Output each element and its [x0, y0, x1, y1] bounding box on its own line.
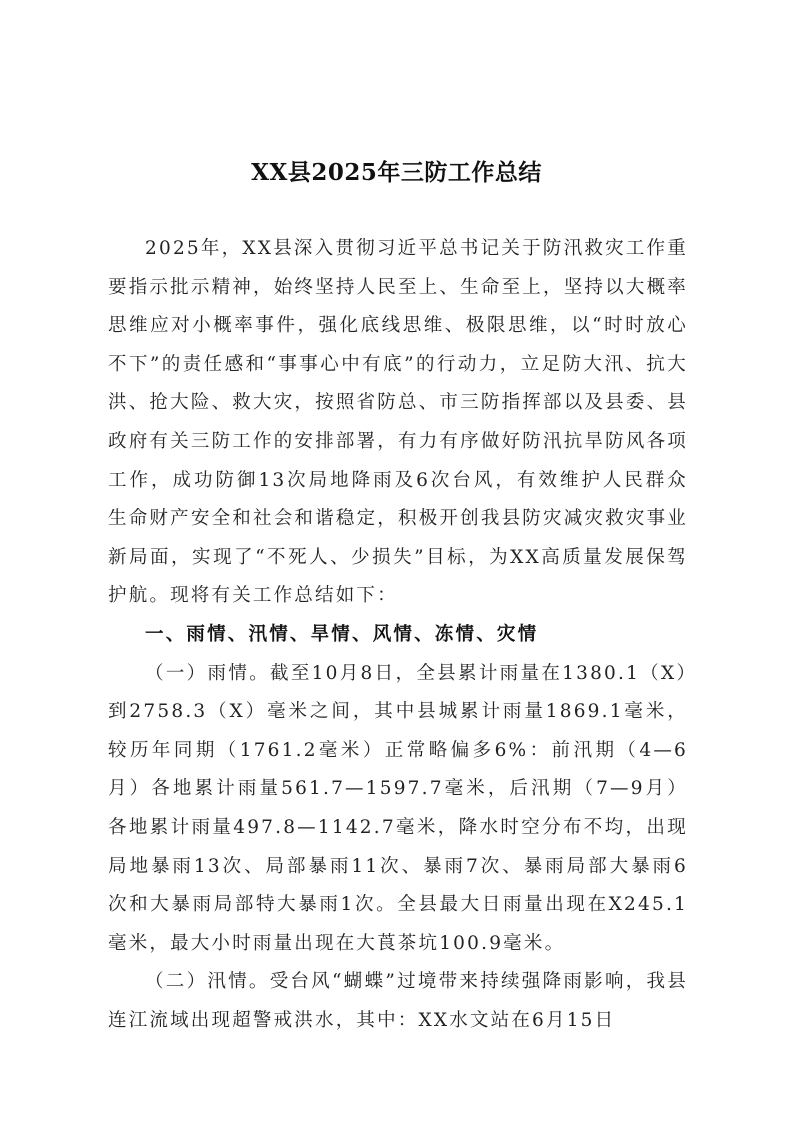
section-heading-1: 一、雨情、汛情、旱情、风情、冻情、灾情 — [108, 616, 688, 655]
document-body: 2025年，XX县深入贯彻习近平总书记关于防汛救灾工作重要指示批示精神，始终坚持… — [108, 230, 688, 1040]
document-page: XX县2025年三防工作总结 2025年，XX县深入贯彻习近平总书记关于防汛救灾… — [0, 0, 793, 1122]
intro-paragraph: 2025年，XX县深入贯彻习近平总书记关于防汛救灾工作重要指示批示精神，始终坚持… — [108, 230, 688, 616]
rainfall-paragraph: （一）雨情。截至10月8日，全县累计雨量在1380.1（X）到2758.3（X）… — [108, 655, 688, 964]
flood-paragraph: （二）汛情。受台风“蝴蝶”过境带来持续强降雨影响，我县连江流域出现超警戒洪水，其… — [108, 963, 688, 1040]
document-title: XX县2025年三防工作总结 — [0, 154, 793, 187]
